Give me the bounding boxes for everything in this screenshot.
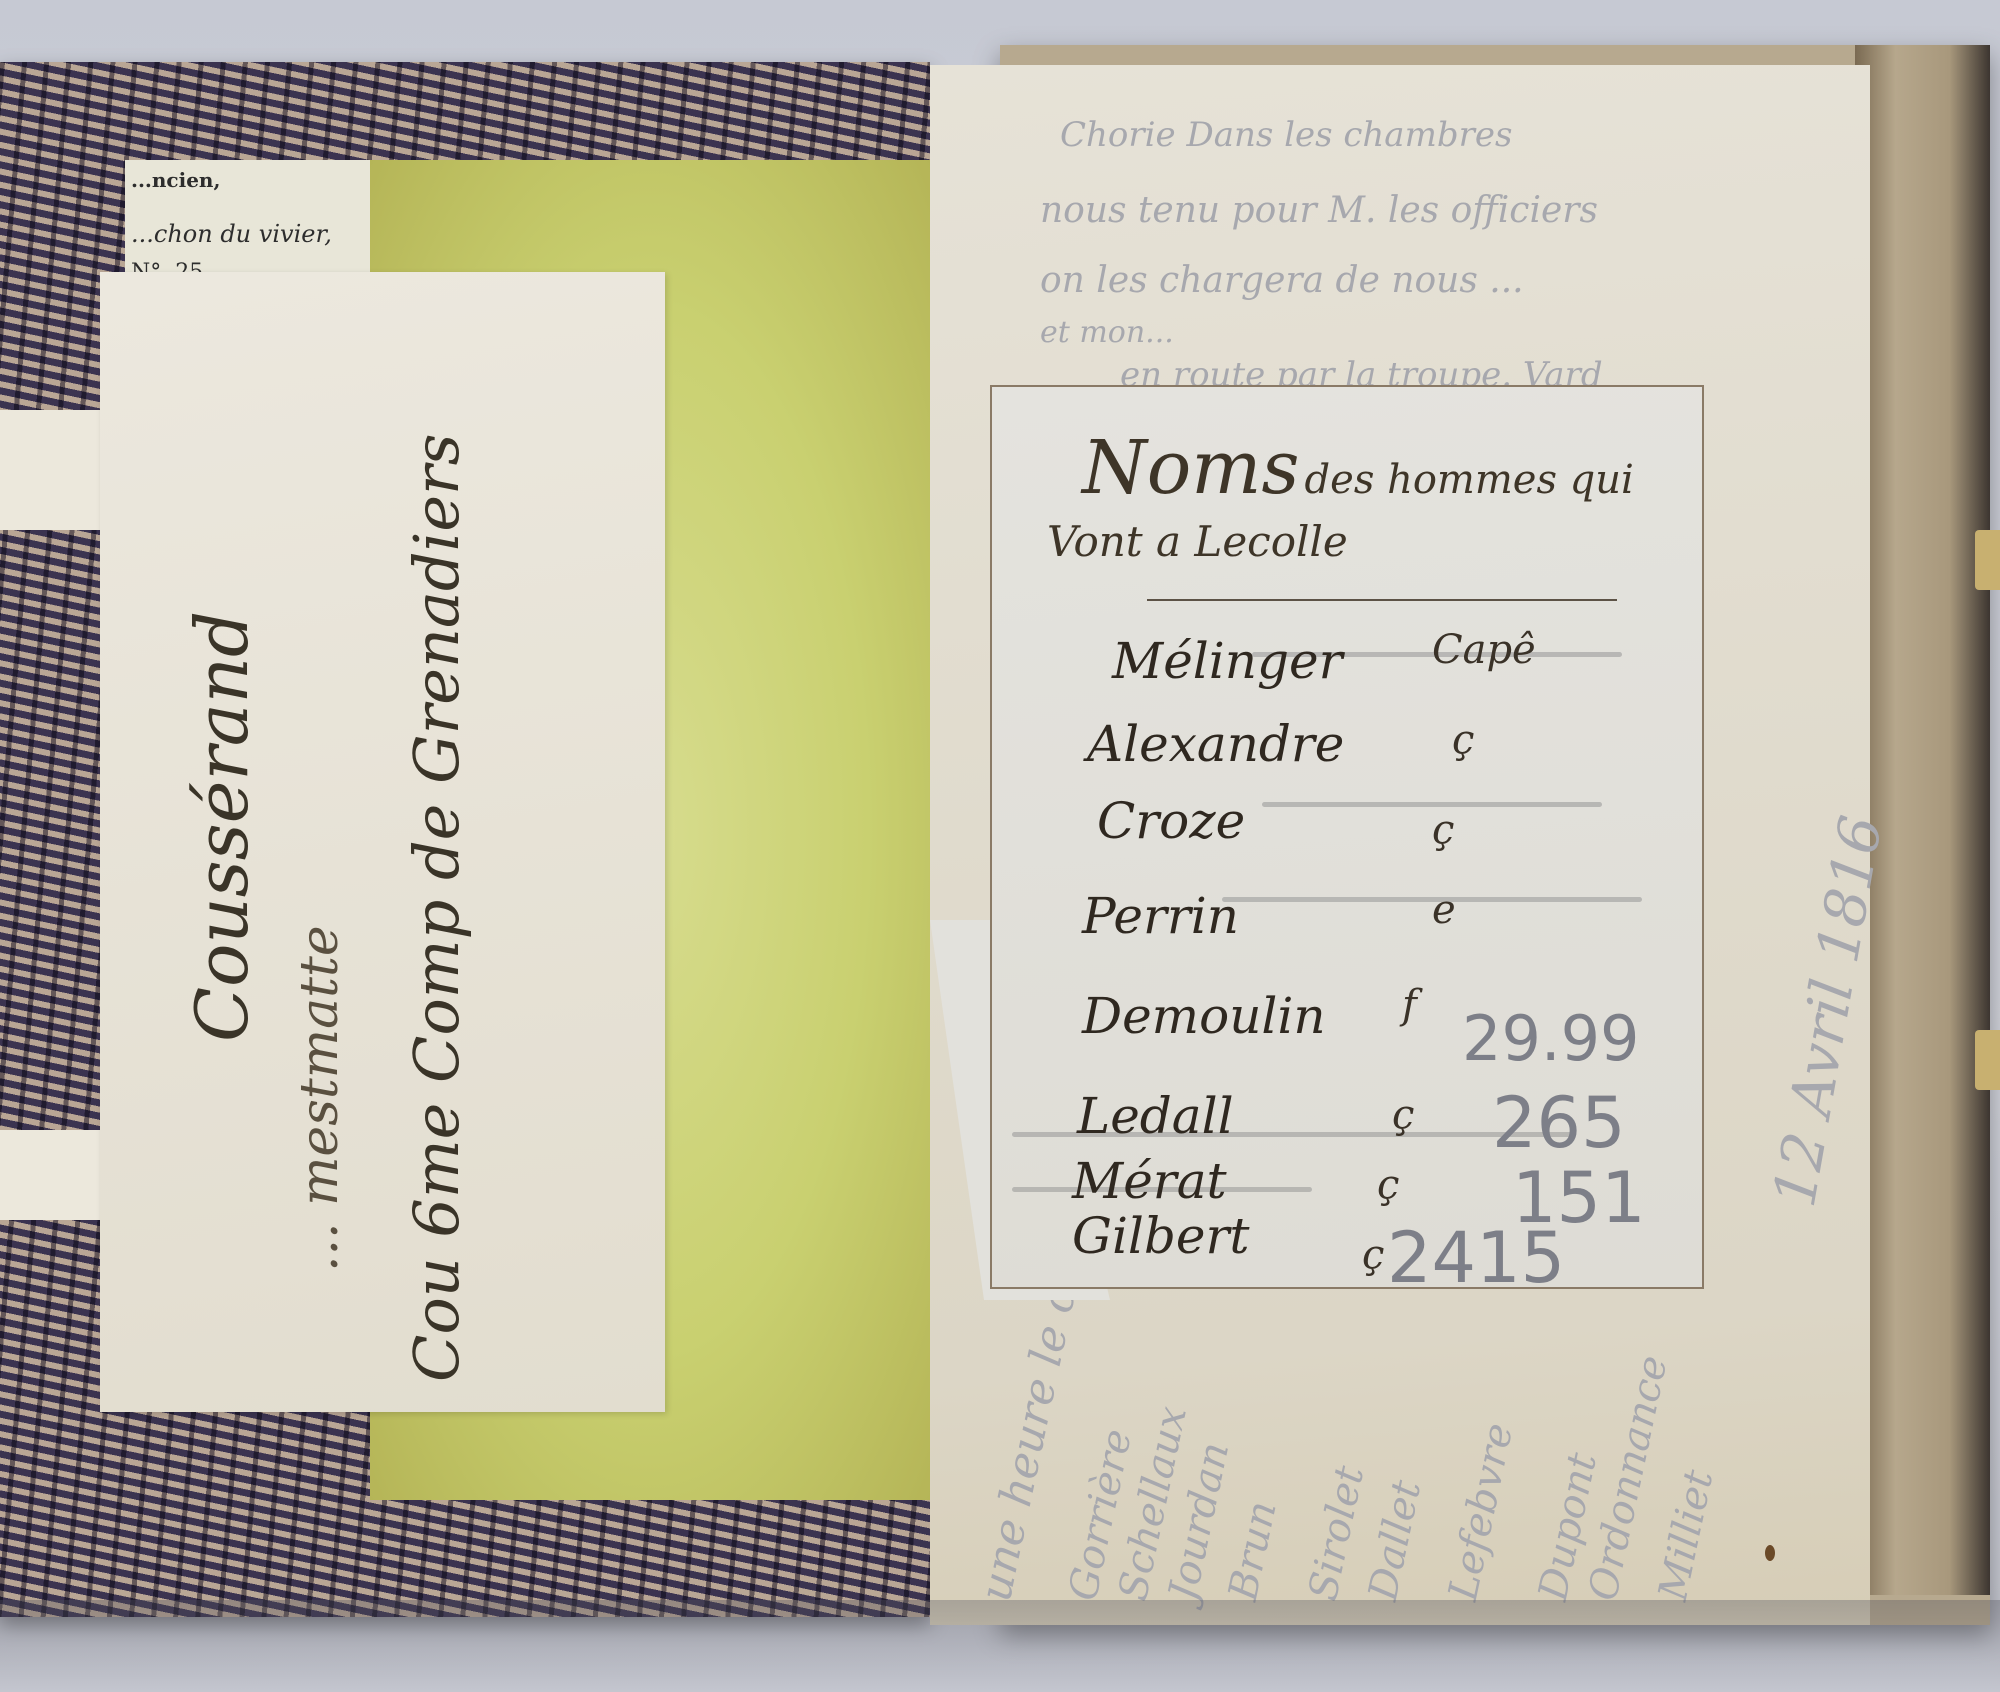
roster-rank: ç xyxy=(1362,1232,1384,1278)
roster-card: Noms des hommes qui Vont a Lecolle Mélin… xyxy=(990,385,1704,1289)
ribbon-marker-lower xyxy=(1975,1030,2000,1090)
card-divider xyxy=(1147,599,1617,601)
pencil-number: 265 xyxy=(1492,1082,1626,1164)
letter-line2: ... mestmatte xyxy=(290,925,350,1272)
pencil-bottom-name: Dallet xyxy=(1360,1476,1430,1604)
roster-rank: Capê xyxy=(1432,627,1536,673)
ink-spot xyxy=(1765,1545,1775,1561)
roster-rank: e xyxy=(1432,887,1456,933)
folded-letter: Coussérand ... mestmatte Cou 6me Comp de… xyxy=(100,272,665,1412)
roster-rank: ç xyxy=(1392,1092,1414,1138)
pencil-number: 29.99 xyxy=(1462,1002,1640,1075)
card-title-noms: Noms xyxy=(1082,425,1299,511)
letter-line3: Cou 6me Comp de Grenadiers xyxy=(400,434,473,1383)
card-title-rest: des hommes qui xyxy=(1305,457,1634,503)
roster-name: Demoulin xyxy=(1082,987,1326,1045)
roster-name: Perrin xyxy=(1082,887,1239,945)
pencil-line-1: Chorie Dans les chambres xyxy=(1060,115,1512,155)
roster-rank: ç xyxy=(1432,807,1454,853)
roster-rank: ç xyxy=(1452,717,1474,763)
roster-name: Mélinger xyxy=(1112,632,1342,690)
book-shadow xyxy=(0,1600,2000,1692)
pencil-line-2: nous tenu pour M. les officiers xyxy=(1040,190,1598,231)
pencil-bottom-name: Brun xyxy=(1220,1497,1286,1604)
printed-label-line1: ...ncien, xyxy=(131,168,220,192)
roster-name: Mérat xyxy=(1072,1152,1227,1210)
roster-rank: ç xyxy=(1377,1162,1399,1208)
printed-label-line2: ...chon du vivier, xyxy=(131,220,332,248)
pencil-line-4: et mon... xyxy=(1040,315,1174,350)
card-title: Noms des hommes qui xyxy=(1082,425,1634,511)
letter-name: Coussérand xyxy=(180,611,264,1042)
pencil-bottom-name: Milliet xyxy=(1650,1466,1722,1605)
pencil-bottom-name: Lefebvre xyxy=(1440,1419,1522,1604)
roster-name: Alexandre xyxy=(1087,715,1344,773)
roster-name: Croze xyxy=(1097,792,1245,850)
roster-name: Gilbert xyxy=(1072,1207,1250,1265)
roster-rank: f xyxy=(1402,982,1417,1028)
card-subtitle: Vont a Lecolle xyxy=(1047,517,1348,566)
pencil-number: 2415 xyxy=(1387,1217,1565,1299)
roster-name: Ledall xyxy=(1077,1087,1234,1145)
ribbon-marker-upper xyxy=(1975,530,2000,590)
pencil-line-3: on les chargera de nous ... xyxy=(1040,260,1524,301)
printed-label: ...ncien, ...chon du vivier, N°. 25. xyxy=(125,160,370,290)
